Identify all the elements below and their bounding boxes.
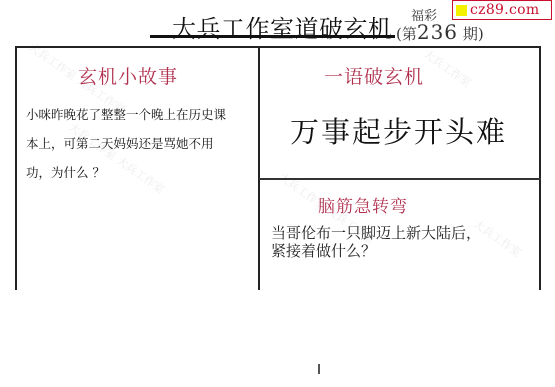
issue-suffix: 期) — [463, 25, 484, 43]
story-line: 小咪昨晚花了整整一个晚上在历史课 — [26, 100, 248, 129]
issue-value: 236 — [417, 20, 458, 44]
riddle-line: 当哥伦布一只脚迈上新大陆后， — [271, 224, 533, 242]
proverb-title: 一语破玄机 — [324, 62, 424, 89]
issue-number: (第236 期) — [396, 20, 484, 44]
horizontal-divider — [259, 178, 541, 180]
story-line: 功，为什么 ？ — [26, 158, 248, 187]
site-badge-text: cz89.com — [470, 2, 539, 18]
story-text: 小咪昨晚花了整整一个晚上在历史课 本上，可第二天妈妈还是骂她不用 功，为什么 ？ — [26, 100, 248, 187]
yellow-square-icon — [456, 5, 467, 16]
story-title: 玄机小故事 — [78, 62, 178, 89]
proverb-text: 万事起步开头难 — [290, 110, 507, 151]
page-title: 大兵工作室道破玄机 — [172, 9, 393, 44]
vertical-divider — [258, 46, 260, 290]
issue-prefix: (第 — [396, 25, 417, 43]
riddle-text: 当哥伦布一只脚迈上新大陆后， 紧接着做什么？ — [271, 224, 533, 260]
title-underline — [150, 35, 395, 38]
riddle-line: 紧接着做什么？ — [271, 242, 533, 260]
site-badge[interactable]: cz89.com — [452, 0, 552, 20]
page-mark — [318, 364, 320, 374]
riddle-title: 脑筋急转弯 — [318, 192, 408, 217]
story-line: 本上，可第二天妈妈还是骂她不用 — [26, 129, 248, 158]
